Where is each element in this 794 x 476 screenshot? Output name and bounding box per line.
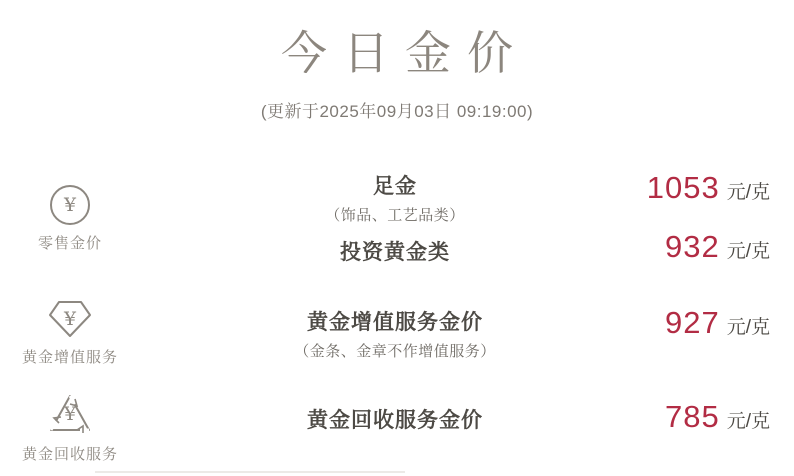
- product-name: 黄金增值服务金价: [170, 306, 620, 336]
- price-value: 785: [665, 400, 720, 434]
- category-label-recycle: 黄金回收服务: [0, 443, 140, 464]
- category-retail: ¥ 零售金价: [0, 185, 140, 253]
- product-sub: （饰品、工艺品类）: [170, 204, 620, 225]
- product-name: 足金: [170, 170, 620, 200]
- category-label-value-added: 黄金增值服务: [0, 346, 140, 367]
- price-unit: 元/克: [727, 312, 770, 339]
- product-row-recycle: 黄金回收服务金价: [170, 404, 620, 434]
- yuan-gem-icon: ¥: [48, 299, 92, 339]
- product-sub: （金条、金章不作增值服务）: [170, 340, 620, 361]
- price-investment: 932 元/克: [665, 230, 770, 264]
- price-value: 932: [665, 230, 720, 264]
- yuan-recycle-icon: ¥: [46, 392, 94, 436]
- gold-price-page: 今日金价 (更新于2025年09月03日 09:19:00) ¥ 零售金价 ¥ …: [0, 0, 794, 476]
- category-label-retail: 零售金价: [0, 232, 140, 253]
- update-time: (更新于2025年09月03日 09:19:00): [0, 97, 794, 122]
- price-unit: 元/克: [727, 236, 770, 263]
- product-row-zujin: 足金 （饰品、工艺品类）: [170, 170, 620, 225]
- divider: [95, 471, 405, 473]
- yuan-symbol: ¥: [64, 405, 76, 424]
- yuan-circle-icon: ¥: [50, 185, 90, 225]
- price-zujin: 1053 元/克: [647, 171, 770, 205]
- price-unit: 元/克: [727, 406, 770, 433]
- price-unit: 元/克: [727, 177, 770, 204]
- product-row-investment: 投资黄金类: [170, 236, 620, 266]
- price-value: 927: [665, 306, 720, 340]
- category-recycle: ¥ 黄金回收服务: [0, 392, 140, 464]
- product-row-value-added: 黄金增值服务金价 （金条、金章不作增值服务）: [170, 306, 620, 361]
- product-name: 投资黄金类: [170, 236, 620, 266]
- yuan-symbol: ¥: [64, 310, 76, 329]
- price-recycle: 785 元/克: [665, 400, 770, 434]
- page-title: 今日金价: [0, 28, 794, 79]
- product-name: 黄金回收服务金价: [170, 404, 620, 434]
- yuan-symbol: ¥: [64, 196, 76, 215]
- category-value-added: ¥ 黄金增值服务: [0, 299, 140, 367]
- price-value: 1053: [647, 171, 720, 205]
- price-value-added: 927 元/克: [665, 306, 770, 340]
